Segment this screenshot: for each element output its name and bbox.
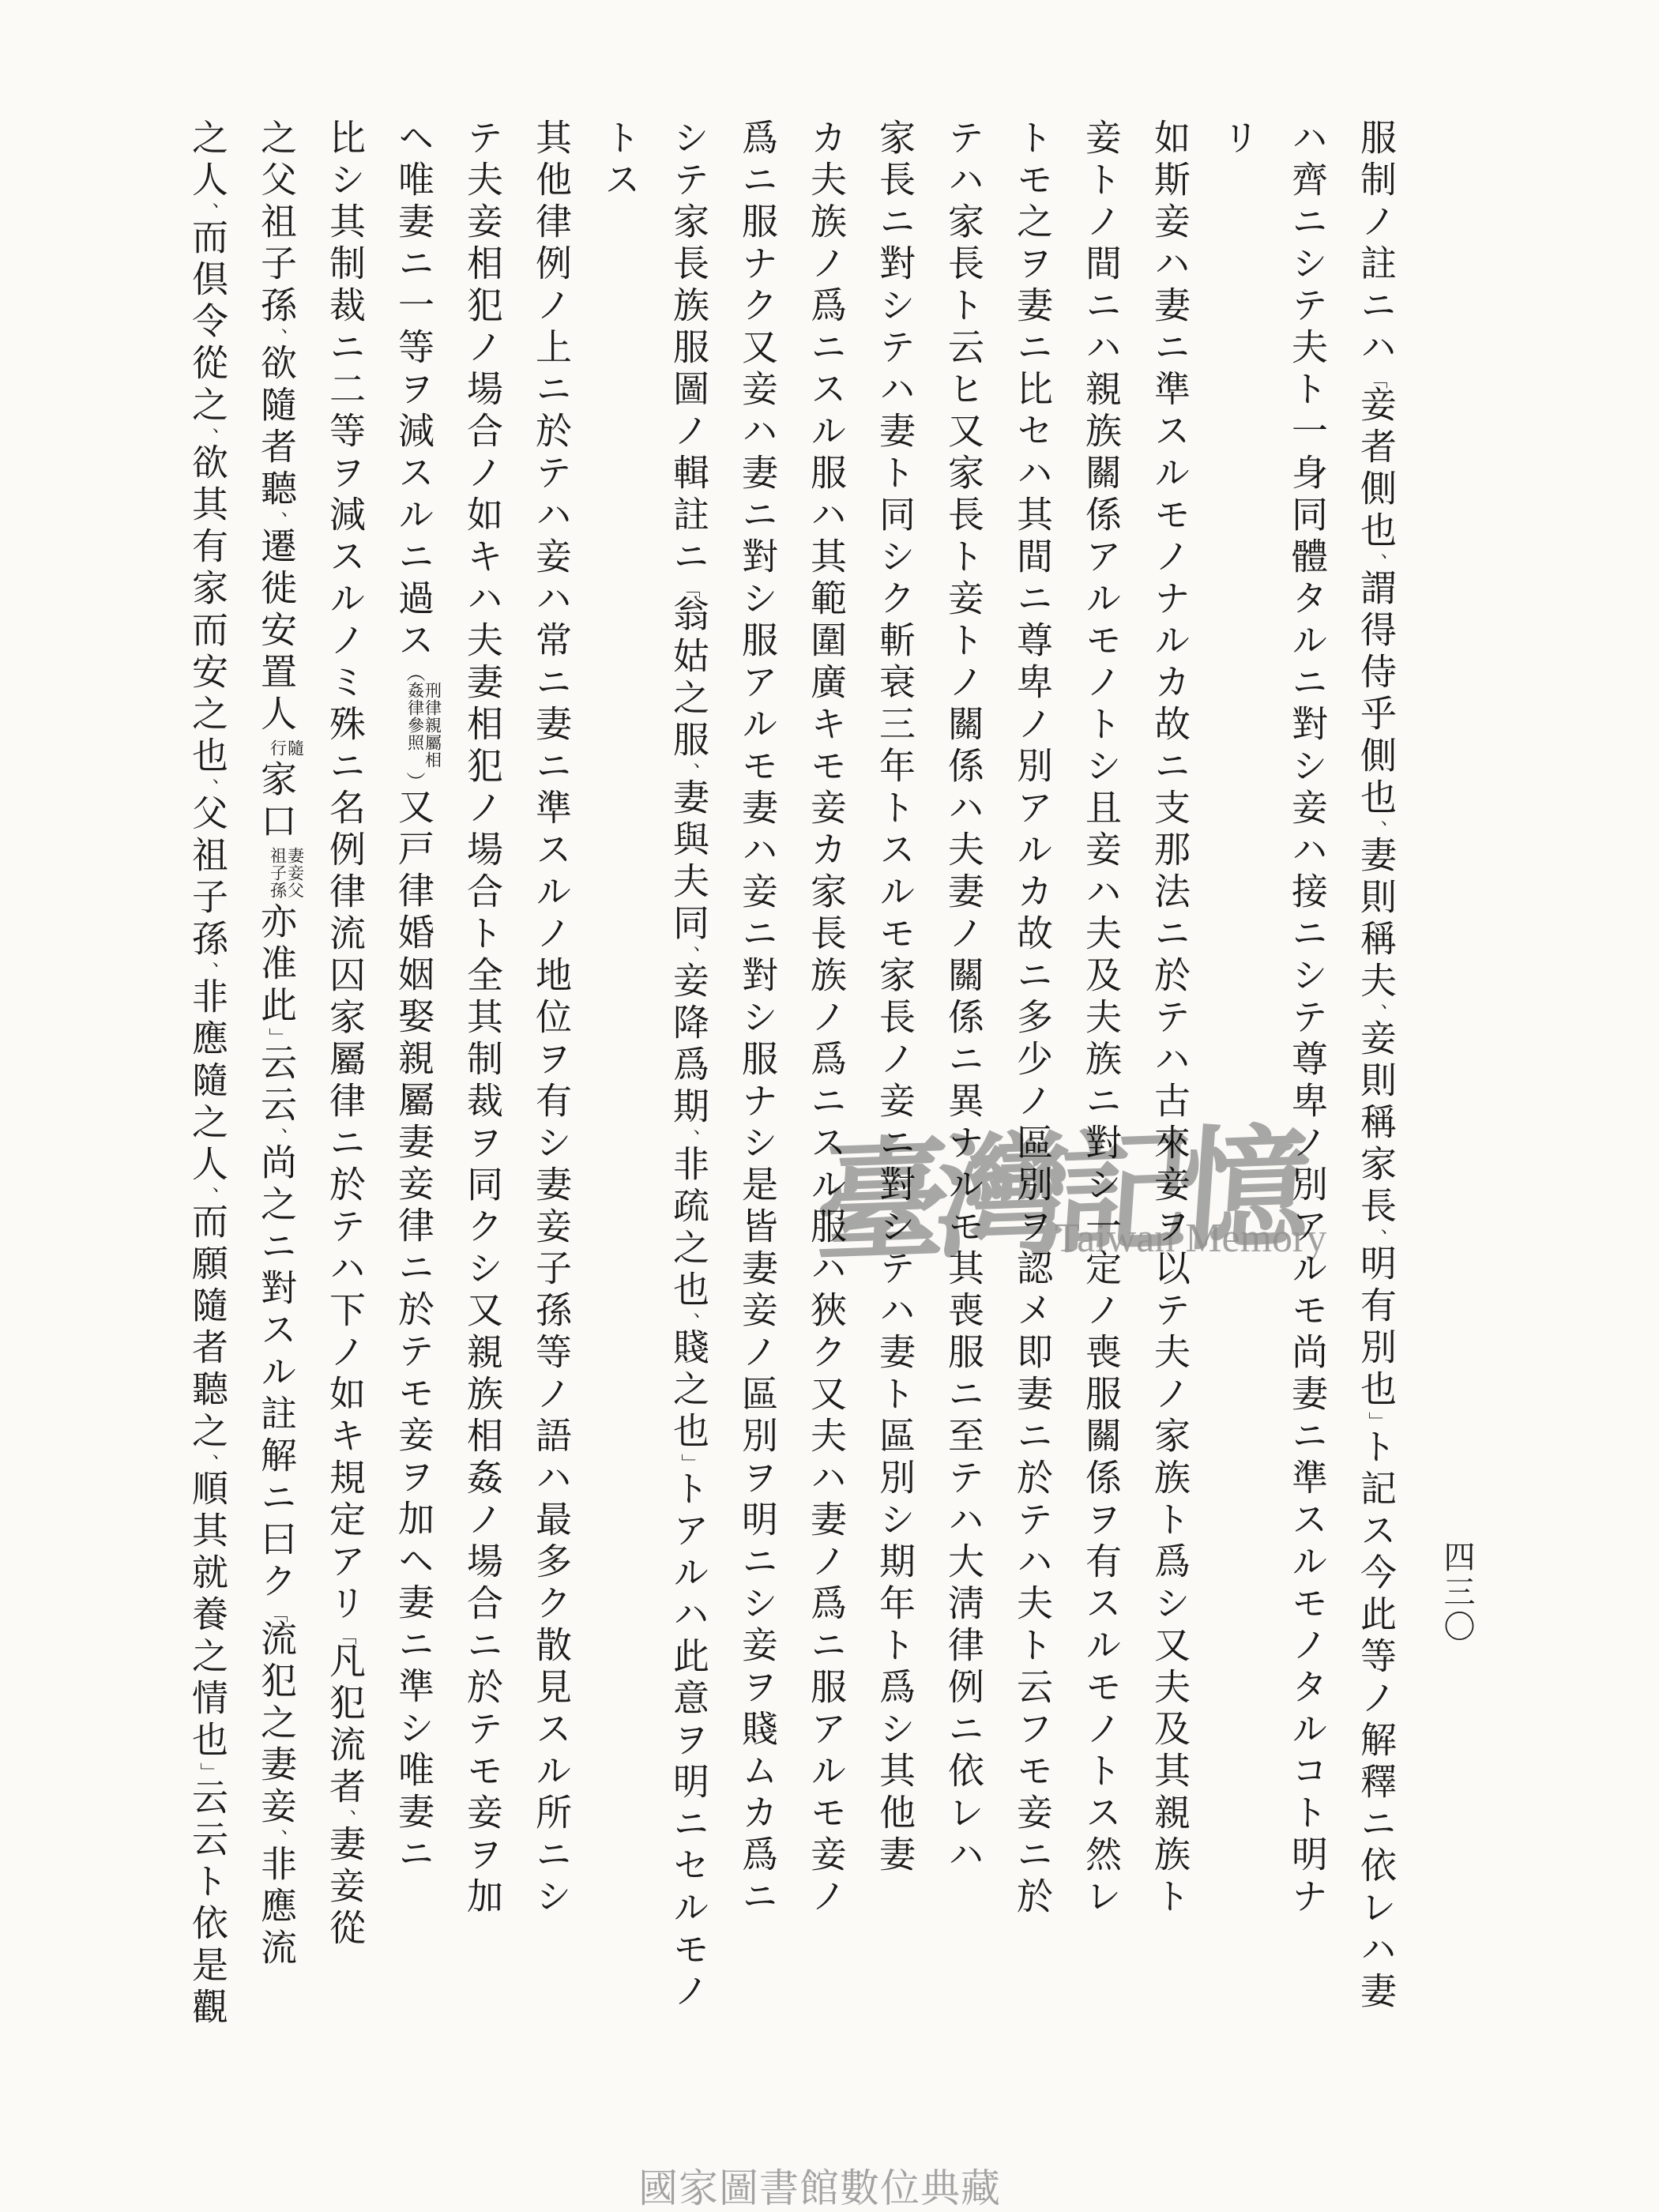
archive-footer-caption: 國家圖書館數位典藏 xyxy=(638,2157,1001,2212)
page-number: 四三〇 xyxy=(1435,1540,1480,1645)
text-column: 爲ニ服ナク又妾ハ妻ニ對シ服アルモ妻ハ妾ニ對シ服ナシ是皆妻妾ノ區別ヲ明ニシ妾ヲ賤ム… xyxy=(723,118,792,2172)
text-column: 家長ニ對シテハ妻ト同シク斬衰三年トスルモ家長ノ妾ニ對シテハ妻ト區別シ期年ト爲シ其… xyxy=(860,118,929,2172)
text-column: カ夫族ノ爲ニスル服ハ其範圍廣キモ妾カ家長族ノ爲ニスル服ハ狹ク又夫ハ妻ノ爲ニ服アル… xyxy=(792,118,860,2172)
text-column: 其他律例ノ上ニ於テハ妾ハ常ニ妻ニ準スルノ地位ヲ有シ妻妾子孫等ノ語ハ最多ク散見スル… xyxy=(517,118,585,2172)
text-column: トモ之ヲ妻ニ比セハ其間ニ尊卑ノ別アルカ故ニ多少ノ區別ヲ認メ即妻ニ於テハ夫ト云フモ… xyxy=(998,118,1066,2172)
inline-annotation: 刑律親屬相姦律參照 xyxy=(407,682,442,769)
text-column: テハ家長ト云ヒ又家長ト妾トノ關係ハ夫妻ノ關係ニ異ナルモ其喪服ニ至テハ大淸律例ニ依… xyxy=(929,118,998,2172)
text-column: トス xyxy=(585,118,654,2172)
text-column: 如斯妾ハ妻ニ準スルモノナルカ故ニ支那法ニ於テハ古來妾ヲ以テ夫ノ家族ト爲シ又夫及其… xyxy=(1135,118,1204,2172)
inline-annotation: 妻妾父祖子孫 xyxy=(269,847,304,899)
text-column: リ xyxy=(1204,118,1273,2172)
inline-annotation: 隨行 xyxy=(269,739,304,757)
text-block: 服制ノ註ニハ「妾者側也、謂得侍乎側也、妻則稱夫、妾則稱家長、明有別也」ト記ス今此… xyxy=(173,118,1410,2172)
text-column: ハ齊ニシテ夫ト一身同體タルニ對シ妾ハ接ニシテ尊卑ノ別アルモ尚妻ニ準スルモノタルコ… xyxy=(1273,118,1341,2172)
text-column: ヘ唯妻ニ一等ヲ減スルニ過ス（刑律親屬相姦律參照）又戸律婚姻娶親屬妻妾律ニ於テモ妾… xyxy=(379,118,448,2172)
text-column: テ夫妾相犯ノ場合ノ如キハ夫妻相犯ノ場合ト全其制裁ヲ同クシ又親族相姦ノ場合ニ於テモ… xyxy=(448,118,517,2172)
text-column: 服制ノ註ニハ「妾者側也、謂得侍乎側也、妻則稱夫、妾則稱家長、明有別也」ト記ス今此… xyxy=(1341,118,1410,2172)
text-column: シテ家長族服圖ノ輯註ニ「翁姑之服、妻與夫同、妾降爲期、非疏之也、賤之也」トアルハ… xyxy=(654,118,723,2172)
text-column: 之人、而倶令從之、欲其有家而安之也、父祖子孫、非應隨之人、而願隨者聽之、順其就養… xyxy=(173,118,242,2172)
scanned-page: 服制ノ註ニハ「妾者側也、謂得侍乎側也、妻則稱夫、妾則稱家長、明有別也」ト記ス今此… xyxy=(0,0,1659,2212)
text-column: 之父祖子孫、欲隨者聽、遷徙安置人隨行家口妻妾父祖子孫亦准此」云云、尚之ニ對スル註… xyxy=(242,118,310,2172)
text-column: 比シ其制裁ニ二等ヲ減スルノミ殊ニ名例律流囚家屬律ニ於テハ下ノ如キ規定アリ「凡犯流… xyxy=(310,118,379,2172)
text-column: 妾トノ間ニハ親族關係アルモノトシ且妾ハ夫及夫族ニ對シ一定ノ喪服關係ヲ有スルモノト… xyxy=(1066,118,1135,2172)
